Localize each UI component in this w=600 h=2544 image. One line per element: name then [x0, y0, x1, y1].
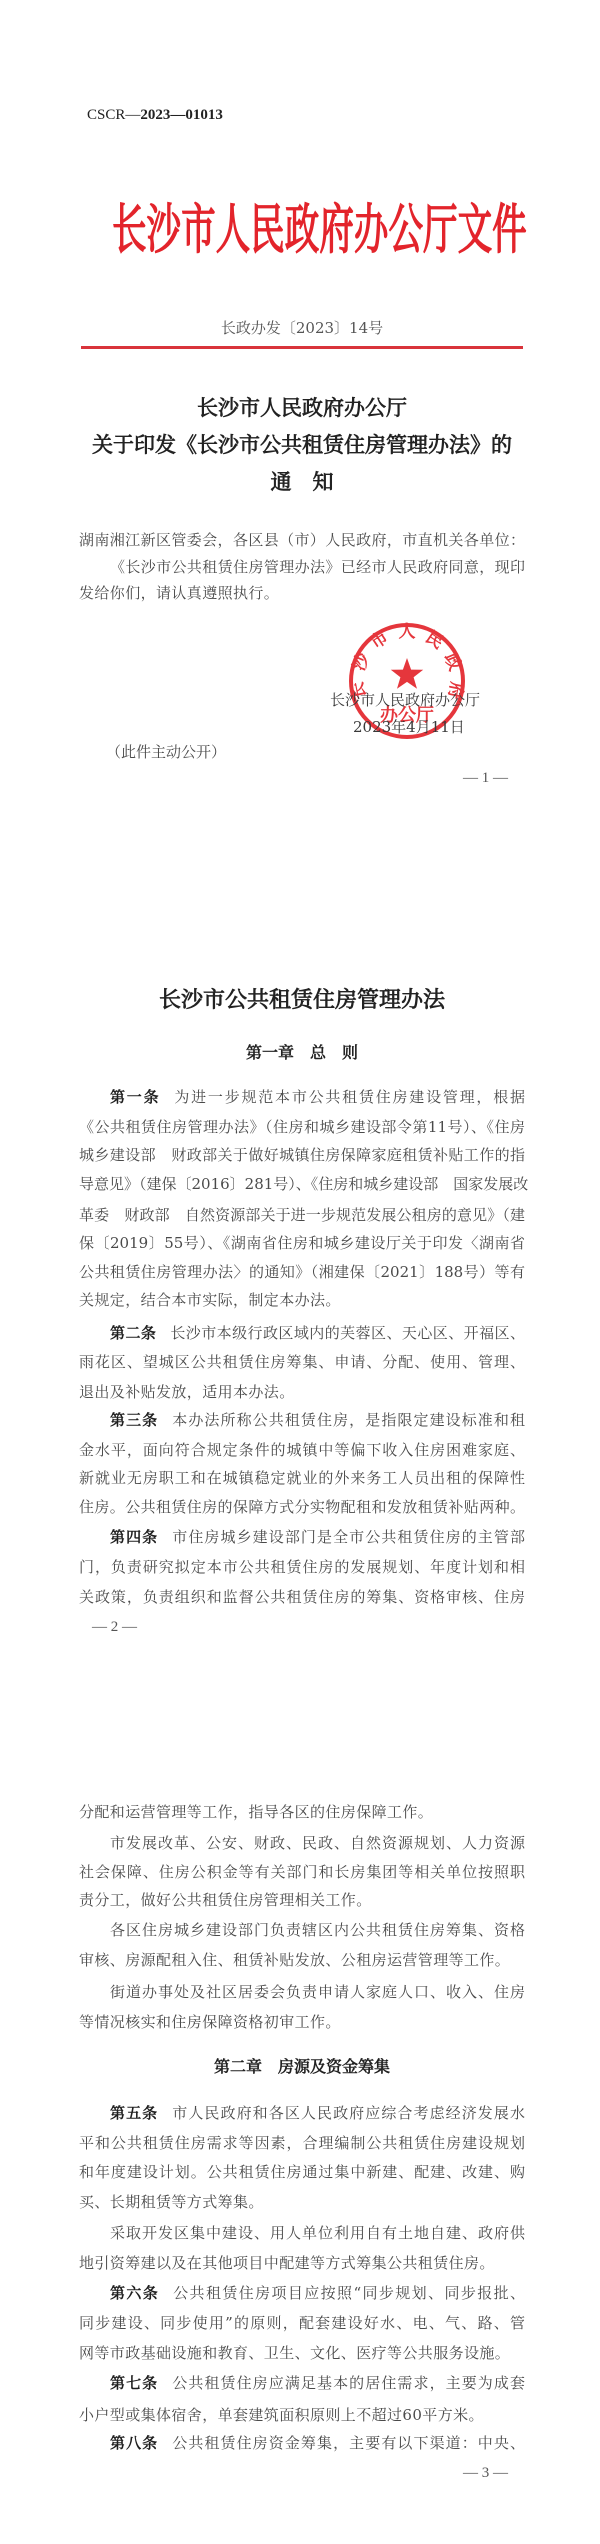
article-line: 第三条本办法所称公共租赁住房，是指限定建设标准和租 — [110, 1410, 525, 1430]
line-text: 本办法所称公共租赁住房，是指限定建设标准和租 — [172, 1411, 525, 1429]
text-line: 地引资筹建以及在其他项目中配建等方式筹集公共租赁住房。 — [79, 2253, 495, 2273]
article-line: 第七条公共租赁住房应满足基本的居住需求，主要为成套 — [110, 2373, 525, 2393]
text-line: 金水平，面向符合规定条件的城镇中等偏下收入住房困难家庭、 — [79, 1440, 525, 1460]
text-line: 采取开发区集中建设、用人单位利用自有土地自建、政府供 — [110, 2223, 525, 2243]
line-text: 市人民政府和各区人民政府应综合考虑经济发展水 — [172, 2104, 525, 2122]
line-text: 长沙市本级行政区域内的芙蓉区、天心区、开福区、 — [170, 1324, 525, 1342]
addressee: 湖南湘江新区管委会，各区县（市）人民政府，市直机关各单位： — [79, 530, 525, 550]
text-line: 和年度建设计划。公共租赁住房通过集中新建、配建、改建、购 — [79, 2162, 525, 2182]
article-line: 第四条市住房城乡建设部门是全市公共租赁住房的主管部 — [110, 1527, 525, 1547]
text-line: 城乡建设部 财政部关于做好城镇住房保障家庭租赁补贴工作的指 — [79, 1145, 525, 1165]
serial-prefix: CSCR— — [87, 107, 140, 123]
line-text: 公共租赁住房应满足基本的居住需求，主要为成套 — [172, 2374, 525, 2392]
text-line: 保〔2019〕55号）、《湖南省住房和城乡建设厅关于印发〈湖南省 — [79, 1233, 525, 1253]
text-line: 平和公共租赁住房需求等因素，合理编制公共租赁住房建设规划 — [79, 2133, 525, 2153]
page-number-3: — 3 — — [463, 2463, 508, 2483]
line-text: 市住房城乡建设部门是全市公共租赁住房的主管部 — [172, 1528, 525, 1546]
notice-title-line-2: 关于印发《长沙市公共租赁住房管理办法》的 — [79, 434, 525, 456]
disclosure-note: （此件主动公开） — [106, 742, 226, 762]
notice-title-line-1: 长沙市人民政府办公厅 — [79, 397, 525, 419]
text-line: 公共租赁住房管理办法〉的通知》（湘建保〔2021〕188号）等有 — [79, 1262, 525, 1282]
signature-organization: 长沙市人民政府办公厅 — [330, 690, 480, 710]
text-line: 关政策，负责组织和监督公共租赁住房的筹集、资格审核、住房 — [79, 1587, 525, 1607]
document-number: 长政办发〔2023〕14号 — [79, 318, 525, 338]
article-label: 第三条 — [110, 1411, 158, 1429]
text-line: 网等市政基础设施和教育、卫生、文化、医疗等公共服务设施。 — [79, 2343, 510, 2363]
text-line: 住房。公共租赁住房的保障方式分实物配租和发放租赁补贴两种。 — [79, 1497, 525, 1517]
text-line: 分配和运营管理等工作，指导各区的住房保障工作。 — [79, 1802, 433, 1822]
text-line: 门，负责研究拟定本市公共租赁住房的发展规划、年度计划和相 — [79, 1557, 525, 1577]
serial-number: CSCR—2023—01013 — [87, 105, 223, 125]
article-line: 第二条长沙市本级行政区域内的芙蓉区、天心区、开福区、 — [110, 1323, 525, 1343]
text-line: 买、长期租赁等方式筹集。 — [79, 2192, 264, 2212]
text-line: 革委 财政部 自然资源部关于进一步规范发展公租房的意见》（建 — [79, 1205, 525, 1225]
line-text: 公共租赁住房资金筹集，主要有以下渠道：中央、 — [172, 2434, 525, 2452]
issuer-banner-text: 长沙市人民政府办公厅文件 — [112, 201, 527, 257]
article-label: 第四条 — [110, 1528, 158, 1546]
text-line: 退出及补贴发放，适用本办法。 — [79, 1382, 295, 1402]
article-label: 第六条 — [110, 2284, 159, 2302]
text-line: 导意见》（建保〔2016〕281号）、《住房和城乡建设部 国家发展改 — [79, 1174, 525, 1194]
article-line: 第六条公共租赁住房项目应按照“同步规划、同步报批、 — [110, 2283, 525, 2303]
notice-body-line: 《长沙市公共租赁住房管理办法》已经市人民政府同意，现印 — [110, 557, 525, 577]
text-line: 市发展改革、公安、财政、民政、自然资源规划、人力资源 — [110, 1833, 525, 1853]
text-line: 雨花区、望城区公共租赁住房筹集、申请、分配、使用、管理、 — [79, 1352, 525, 1372]
article-label: 第五条 — [110, 2104, 158, 2122]
notice-title-line-3: 通 知 — [79, 471, 525, 493]
article-label: 第一条 — [110, 1088, 160, 1106]
text-line: 同步建设、同步使用”的原则，配套建设好水、电、气、路、管 — [79, 2313, 525, 2333]
article-label: 第七条 — [110, 2374, 158, 2392]
text-line: 等情况核实和住房保障资格初审工作。 — [79, 2012, 341, 2032]
regulation-title: 长沙市公共租赁住房管理办法 — [79, 988, 525, 1012]
text-line: 街道办事处及社区居委会负责申请人家庭人口、收入、住房 — [110, 1982, 525, 2002]
text-line: 审核、房源配租入住、租赁补贴发放、公租房运营管理等工作。 — [79, 1950, 510, 1970]
notice-body-line: 发给你们，请认真遵照执行。 — [79, 583, 279, 603]
page-number-1: — 1 — — [463, 768, 508, 788]
article-label: 第八条 — [110, 2434, 158, 2452]
article-line: 第一条为进一步规范本市公共租赁住房建设管理，根据 — [110, 1087, 525, 1107]
line-text: 公共租赁住房项目应按照“同步规划、同步报批、 — [173, 2284, 525, 2302]
text-line: 关规定，结合本市实际，制定本办法。 — [79, 1290, 341, 1310]
text-line: 社会保障、住房公积金等有关部门和长房集团等相关单位按照职 — [79, 1862, 525, 1882]
issuer-banner: 长沙市人民政府办公厅文件 — [112, 201, 492, 257]
text-line: 责分工，做好公共租赁住房管理相关工作。 — [79, 1890, 372, 1910]
article-line: 第八条公共租赁住房资金筹集，主要有以下渠道：中央、 — [110, 2433, 525, 2453]
red-separator-line — [81, 346, 523, 349]
serial-code: 2023—01013 — [140, 107, 223, 123]
signature-date: 2023年4月11日 — [353, 717, 465, 737]
article-label: 第二条 — [110, 1324, 156, 1342]
text-line: 新就业无房职工和在城镇稳定就业的外来务工人员出租的保障性 — [79, 1468, 525, 1488]
page-number-2: — 2 — — [92, 1617, 137, 1637]
chapter-heading-2: 第二章 房源及资金筹集 — [79, 2057, 525, 2077]
article-line: 第五条市人民政府和各区人民政府应综合考虑经济发展水 — [110, 2103, 525, 2123]
text-line: 《公共租赁住房管理办法》（住房和城乡建设部令第11号）、《住房 — [79, 1117, 525, 1137]
text-line: 小户型或集体宿舍，单套建筑面积原则上不超过60平方米。 — [79, 2405, 484, 2425]
line-text: 为进一步规范本市公共租赁住房建设管理，根据 — [174, 1088, 525, 1106]
text-line: 各区住房城乡建设部门负责辖区内公共租赁住房筹集、资格 — [110, 1920, 525, 1940]
star-icon — [391, 658, 423, 689]
chapter-heading-1: 第一章 总 则 — [79, 1043, 525, 1063]
